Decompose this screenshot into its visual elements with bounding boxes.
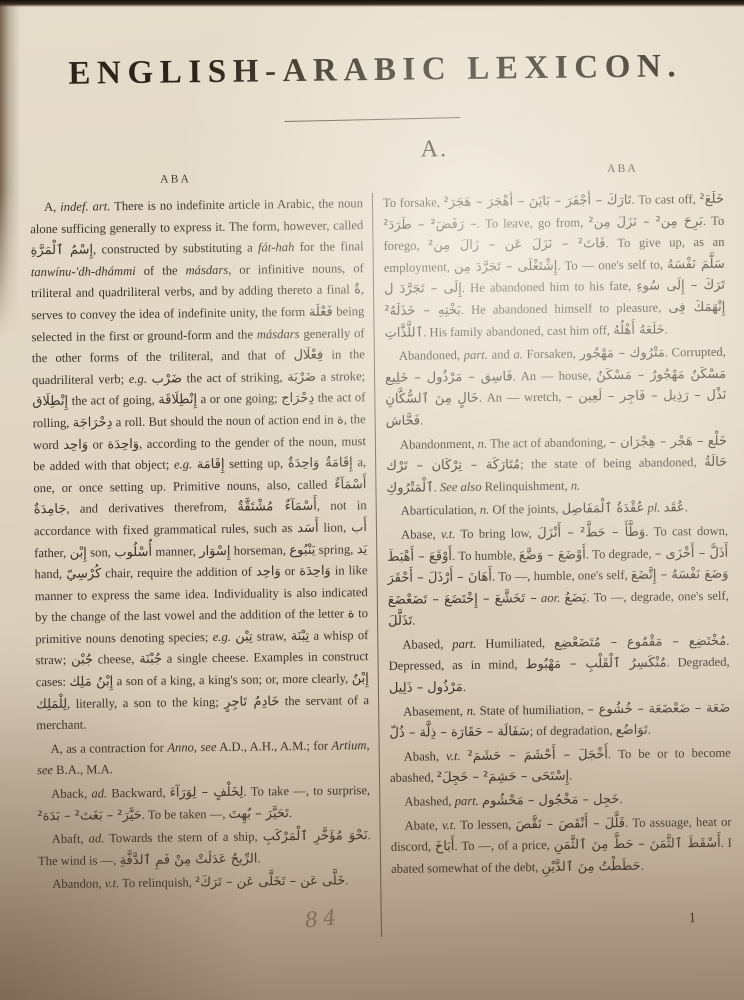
text-run: . To take —, to surprise, xyxy=(243,783,370,799)
text-run: . To cast off, xyxy=(631,192,699,207)
entry-paragraph: To forsake, تَارَكَ – أَجْفَرَ – بَايَنَ… xyxy=(383,189,726,344)
arabic-text-run: خَادِمُ تَاجِرٍ xyxy=(224,694,279,710)
entry-paragraph: Abashed, part. خَجِل – مَخْجُول – مَحْشُ… xyxy=(390,788,731,814)
text-run: e.g. xyxy=(174,457,192,471)
text-run: To lessen, xyxy=(456,817,515,832)
text-run: father, xyxy=(34,545,70,559)
arabic-text-run: أَسْقَطَ ٱلثَّمَنَ – حَطَّ مِنَ ٱلثَّمَن… xyxy=(554,836,721,853)
text-run: . His family abandoned, cast him off, xyxy=(423,323,613,339)
text-run: setting up, xyxy=(224,456,287,471)
arabic-text-run: تِبْنَة xyxy=(291,629,310,644)
text-run: Forsaken, xyxy=(523,347,580,362)
text-run: v.t. xyxy=(105,877,120,891)
arabic-text-run: دِحْرَاج xyxy=(281,391,314,406)
text-run: . xyxy=(641,859,644,873)
text-run: part. xyxy=(464,348,488,362)
text-run: . To degrade, xyxy=(586,546,655,561)
arabic-text-run: وَاحِدَة xyxy=(299,564,331,579)
text-run: n. xyxy=(480,503,490,517)
arabic-text-run: أَخْجَلَ – أَحْشَمَ – حَشَمَ² xyxy=(468,747,609,764)
entry-paragraph: Aback, ad. Backward, لِخَلْفٍ – لِوَرَآء… xyxy=(37,780,371,827)
text-run: cheese, xyxy=(93,652,139,667)
text-run: ; of degradation, xyxy=(530,723,616,738)
text-run: Abarticulation, xyxy=(401,503,480,518)
text-run: v.t. xyxy=(446,749,461,763)
text-run: Abased, xyxy=(402,637,452,652)
text-run: v.t. xyxy=(441,527,456,541)
text-run: See also xyxy=(440,479,482,494)
arabic-text-run: مُخْتَضِع – مَقْمُوع – مُتَضَعْضِع xyxy=(554,634,726,651)
text-run: A, as a contraction for xyxy=(51,740,168,755)
text-run: manner, xyxy=(152,544,199,559)
arabic-text-run: إِسْمُ ٱلْمَرَّةِ xyxy=(30,243,93,259)
text-run: Abate, xyxy=(405,818,442,832)
arabic-text-run: مُنْكَسِرُ ٱلْقَلْبِ – مَهْبُوط xyxy=(525,656,666,673)
text-run: . To —, humble, one's self, xyxy=(492,568,631,584)
text-run: . xyxy=(569,769,572,783)
entry-paragraph: Abased, part. Humiliated, مُخْتَضِع – مَ… xyxy=(388,631,730,700)
arabic-text-run: وَطَّأَ – حَطَّ² – أَنْزَلَ xyxy=(537,525,645,541)
text-run: horseman, xyxy=(230,543,289,558)
right-column: To forsake, تَارَكَ – أَجْفَرَ – بَايَنَ… xyxy=(383,189,733,937)
text-run: . An — house, xyxy=(513,368,597,383)
text-run: lion, xyxy=(318,520,351,534)
arabic-text-run: فَاسِق – مَرْذُول – خَلِيع xyxy=(385,369,513,386)
running-head-right: ABA xyxy=(452,161,744,177)
printed-page-content: ENGLISH-ARABIC LEXICON. A. ABA ABA A, in… xyxy=(28,36,733,974)
text-run: the act of going, xyxy=(68,393,158,408)
text-run: aor. xyxy=(541,590,560,604)
arabic-text-run: أَسْمَآءٌ مُشْتَقَّةٌ xyxy=(237,499,317,515)
arabic-text-run: تَذَلَّلَ xyxy=(388,614,412,629)
text-run: . An — wretch, xyxy=(479,390,566,405)
arabic-text-run: حَطَطْتُ مِنَ ٱلدَّيْنِ xyxy=(541,859,640,875)
text-run: A, xyxy=(44,200,60,214)
arabic-text-run: أَبَاخَ xyxy=(435,839,455,854)
arabic-text-run: تَارَكَ – أَجْفَرَ – بَايَنَ – أَهْجَرَ … xyxy=(444,193,632,210)
arabic-text-run: أَب xyxy=(351,520,367,535)
text-run: . xyxy=(412,614,415,628)
entry-paragraph: Abase, v.t. To bring low, وَطَّأَ – حَطَ… xyxy=(387,521,729,633)
arabic-text-run: وَاحِد xyxy=(256,564,281,579)
entry-paragraph: Abandonment, n. The act of abandoning, خ… xyxy=(386,430,728,499)
text-run: The act of abandoning, xyxy=(487,435,609,450)
arabic-text-run: إِسْتَحَى – حَشِمَ² – خَجِلَ² xyxy=(437,769,569,786)
text-run: Backward, xyxy=(107,786,170,801)
text-run: másdars xyxy=(185,263,228,278)
arabic-text-run: ضَرْب xyxy=(151,371,182,386)
text-run: . Degraded, xyxy=(666,655,729,670)
text-run: ; the state of being abandoned, xyxy=(520,455,704,471)
left-column: A, indef. art. There is no indefinite ar… xyxy=(30,193,372,941)
text-run: . xyxy=(665,322,668,336)
arabic-text-run: أَوْضَعَ – وَضَّعَ xyxy=(519,547,586,563)
arabic-text-run: قَلَّلَ – أَنْقَصَ – نَقَّصَ xyxy=(515,816,625,832)
two-column-text: A, indef. art. There is no indefinite ar… xyxy=(30,189,733,941)
text-run: e.g. xyxy=(213,630,231,644)
text-run: . To be taken —, xyxy=(142,806,229,821)
entry-paragraph: Abash, v.t. أَخْجَلَ – أَحْشَمَ – حَشَمَ… xyxy=(390,743,732,790)
arabic-text-run: جُبْن xyxy=(71,653,93,668)
text-run: . To cast down, xyxy=(645,524,728,539)
entry-paragraph: Abandon, v.t. To relinquish, خَلَّى عَن … xyxy=(38,871,371,897)
handwritten-pencil-note: 84 xyxy=(304,905,343,933)
entry-paragraph: Abate, v.t. To lessen, قَلَّلَ – أَنْقَص… xyxy=(390,811,732,880)
text-run: n. xyxy=(467,703,477,717)
text-run: Abandon, xyxy=(52,877,105,892)
arabic-text-run: إِنْطِلَاق xyxy=(32,394,68,409)
arabic-text-run: وَاحِد xyxy=(63,437,88,452)
text-run: A.D., A.H., A.M.; for xyxy=(216,738,331,753)
text-run: Humiliated, xyxy=(476,636,554,651)
text-run: spring, xyxy=(315,542,357,557)
text-run: Relinquishment, xyxy=(481,478,570,493)
entry-paragraph: A, as a contraction for Anno, see A.D., … xyxy=(37,735,371,782)
text-run: Abasement, xyxy=(403,704,467,719)
text-run: pl. xyxy=(647,501,660,515)
text-run: Anno, see xyxy=(167,740,216,755)
arabic-text-run: دِحْرَاجَة xyxy=(73,415,113,430)
arabic-text-run: خَلَّى عَن – تَخَلَّى عَن – تَرَكَ² xyxy=(195,874,345,891)
text-run: . To leave, go from, xyxy=(477,215,589,230)
left-binding-edge xyxy=(0,0,20,340)
text-run: , and derivatives therefrom, xyxy=(66,500,237,516)
text-run: a son of a king, a king's son; or, more … xyxy=(113,671,352,688)
column-divider-rule xyxy=(372,193,382,937)
text-run: ad. xyxy=(89,832,105,846)
text-run: hand, xyxy=(34,567,66,581)
text-run: . xyxy=(648,723,651,737)
text-run: , literally, a son to the king; xyxy=(67,695,224,711)
arabic-text-run: تَوَاضُع xyxy=(616,723,648,738)
text-run: . xyxy=(463,680,466,694)
page-number: 1 xyxy=(689,910,696,927)
arabic-text-run: فَاتَ² – نَزَلَ عَن – زَالَ مِن² xyxy=(428,236,606,253)
text-run: fát-hah xyxy=(258,240,295,254)
text-run: . To —, degrade, one's self, xyxy=(586,588,729,604)
text-run: or xyxy=(88,437,108,451)
arabic-text-run: خَلَعَهُ أَهْلُهُ xyxy=(613,322,665,338)
text-run: . xyxy=(257,851,260,865)
entry-paragraph: Abaft, ad. Towards the stern of a ship, … xyxy=(38,825,372,872)
arabic-text-run: تِبْن xyxy=(235,629,253,644)
text-run: a roll. But should the noun of action en… xyxy=(112,412,337,429)
text-run: part. xyxy=(455,794,479,808)
text-run: v.t. xyxy=(442,818,457,832)
text-run: the act of striking, xyxy=(182,370,287,385)
arabic-text-run: إِقَامَة xyxy=(197,457,225,472)
text-run: son, xyxy=(87,545,115,559)
text-run: Abandonment, xyxy=(400,436,478,451)
arabic-text-run: وَاحِدَة xyxy=(107,436,139,451)
arabic-text-run: بَرِحَ مِن² – نَزَلَ مِن² xyxy=(588,214,703,230)
text-run: and xyxy=(488,347,514,361)
arabic-text-run: الرِّيحُ عَدَلَتْ مِنْ فَمِ ٱلدَّفَّةِ xyxy=(119,851,257,868)
arabic-text-run: أَسَد xyxy=(297,521,319,536)
text-run: Abaft, xyxy=(52,832,89,846)
text-run: . He abandoned him to his fate, xyxy=(462,279,637,295)
text-run: a or one going; xyxy=(197,392,281,407)
text-run: a stroke; xyxy=(316,369,365,384)
page-title: ENGLISH-ARABIC LEXICON. xyxy=(28,48,722,93)
text-run: To relinquish, xyxy=(119,876,195,891)
text-run: n. xyxy=(478,436,488,450)
arabic-text-run: تَحَيَّرَ – بُهِتَ xyxy=(229,806,289,822)
arabic-text-run: إِسْوَار xyxy=(199,543,230,558)
text-run: Aback, xyxy=(51,787,91,801)
text-run: for the final xyxy=(294,239,363,254)
arabic-text-run: أُسْلُوب xyxy=(114,544,152,559)
text-run: . xyxy=(420,413,423,427)
arabic-text-run: خَجِل – مَخْجُول – مَحْشُوم xyxy=(482,792,620,809)
text-run: . xyxy=(619,792,622,806)
text-run: tanwínu-'dh-dhámmi xyxy=(31,264,136,279)
arabic-text-run: يَنْبُوع xyxy=(289,542,315,557)
arabic-text-run: مَتْرُوك – مَهْجُور xyxy=(579,346,664,362)
text-run: B.A., M.A. xyxy=(53,763,113,778)
text-run: To bring low, xyxy=(455,526,537,541)
text-run: e.g. xyxy=(129,372,147,386)
text-run: indef. art. xyxy=(60,199,110,214)
arabic-text-run: يَضَعُ xyxy=(564,590,586,605)
text-run: . xyxy=(345,874,348,888)
text-run: Towards the stern of a ship, xyxy=(104,830,262,846)
scanned-book-page: ENGLISH-ARABIC LEXICON. A. ABA ABA A, in… xyxy=(0,0,744,1000)
text-run: of the xyxy=(136,263,186,278)
text-run: Abash, xyxy=(404,749,447,764)
top-photo-edge xyxy=(0,0,744,7)
arabic-text-run: كُرْسِيّ xyxy=(66,566,101,581)
entry-paragraph: Abandoned, part. and a. Forsaken, مَتْرُ… xyxy=(385,342,727,433)
arabic-text-run: إِبْنُ مَلِك xyxy=(69,674,113,690)
arabic-text-run: إِشْتَغْلَى – تَجَرَّدَ مِن xyxy=(454,259,558,275)
text-run: part. xyxy=(452,637,476,651)
text-run: a. xyxy=(513,347,523,361)
text-run: , constructed by substituting a xyxy=(93,241,258,257)
arabic-text-run: عُقْدَةُ ٱلْمَفَاصِل xyxy=(562,501,645,517)
entry-paragraph: Abasement, n. State of humiliation, ضَعَ… xyxy=(389,697,731,744)
title-divider-rule xyxy=(284,117,460,122)
text-run: or xyxy=(281,564,300,578)
arabic-text-run: حَيَّرَ² – بَغَتَ² – بَدَهَ² xyxy=(37,808,141,824)
text-run: . To humble, xyxy=(452,548,519,563)
text-run: . He abandoned himself to pleasure, xyxy=(461,300,669,317)
arabic-text-run: عُقَد xyxy=(663,501,684,516)
text-run: straw, xyxy=(252,629,290,643)
arabic-text-run: لِخَلْفٍ – لِوَرَآءَ xyxy=(170,785,244,801)
text-run: másdars xyxy=(257,327,300,342)
arabic-text-run: ضَرْبَة xyxy=(287,369,316,384)
text-run: . To —, of a price, xyxy=(454,838,553,853)
text-run: . xyxy=(289,806,292,820)
entry-paragraph: Abarticulation, n. Of the joints, عُقْدَ… xyxy=(387,497,728,523)
arabic-text-run: إِنْطِلَاقَة xyxy=(158,393,197,408)
text-run: Abashed, xyxy=(404,794,455,809)
arabic-text-run: أَوْقَعَ – أَهْبَطَ xyxy=(387,549,452,565)
arabic-text-run: نَحْوَ مُؤَخَّرِ ٱلْمَرْكَبِ xyxy=(263,828,368,844)
text-run: Of the joints, xyxy=(489,502,562,517)
text-run: . Corrupted, xyxy=(665,345,726,360)
text-run: ad. xyxy=(91,786,107,800)
text-run: . To — one's self to, xyxy=(557,257,667,272)
text-run: Abase, xyxy=(401,527,441,541)
text-run: To forsake, xyxy=(383,195,444,210)
text-run: n. xyxy=(571,478,581,492)
running-head-left: ABA xyxy=(8,171,344,187)
text-run: . xyxy=(685,501,688,515)
arabic-text-run: إِقَامَةٌ وَاحِدَةٌ xyxy=(288,455,353,471)
arabic-text-run: يَد xyxy=(357,542,368,557)
text-run: State of humiliation, xyxy=(476,702,588,717)
arabic-text-run: فِعْلَال xyxy=(293,348,323,363)
text-run: chair, require the addition of xyxy=(101,565,256,581)
entry-paragraph: A, indef. art. There is no indefinite ar… xyxy=(30,193,370,737)
arabic-text-run: إِبْن xyxy=(70,545,87,560)
text-run: Abandoned, xyxy=(399,348,464,363)
arabic-text-run: مَرْذُول – ذَلِيل xyxy=(389,680,463,696)
arabic-text-run: فَعْلَة xyxy=(309,305,333,320)
arabic-text-run: جُبْنَة xyxy=(139,652,162,667)
